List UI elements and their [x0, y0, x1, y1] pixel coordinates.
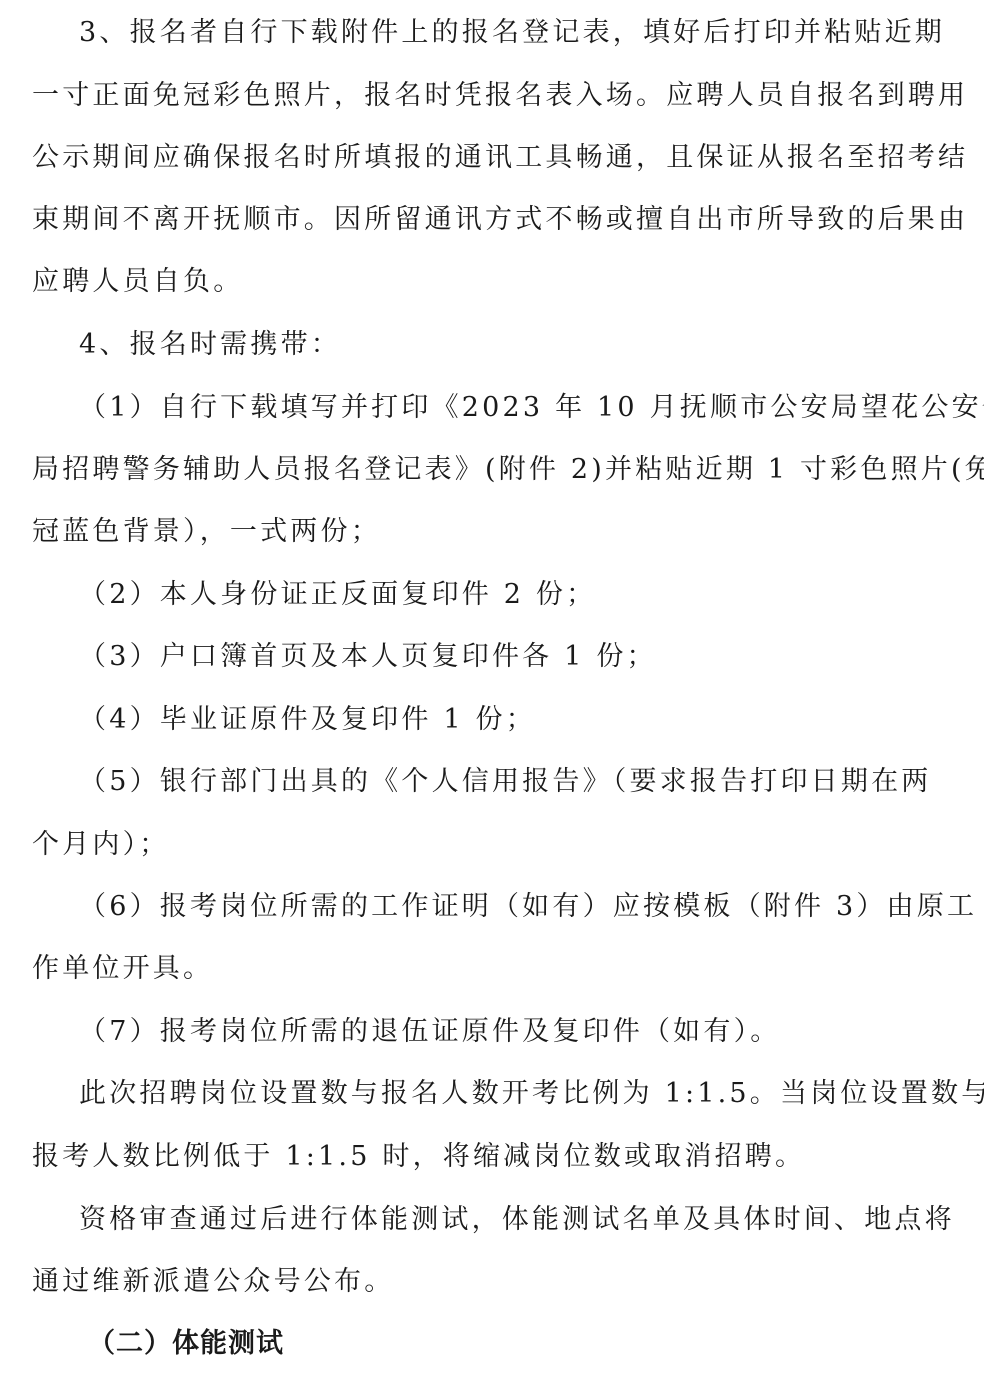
text-line: 局招聘警务辅助人员报名登记表》(附件 2)并粘贴近期 1 寸彩色照片(免: [32, 450, 956, 490]
text-line: 报考人数比例低于 1:1.5 时，将缩减岗位数或取消招聘。: [32, 1137, 956, 1177]
text-line: 一寸正面免冠彩色照片，报名时凭报名表入场。应聘人员自报名到聘用: [32, 76, 956, 116]
text-line: 束期间不离开抚顺市。因所留通讯方式不畅或擅自出市所导致的后果由: [32, 200, 956, 240]
text-line: 通过维新派遣公众号公布。: [32, 1262, 956, 1302]
text-line: 资格审查通过后进行体能测试，体能测试名单及具体时间、地点将: [79, 1200, 956, 1240]
text-line: 个月内）；: [32, 825, 956, 865]
text-line: （6）报考岗位所需的工作证明（如有）应按模板（附件 3）由原工: [79, 887, 956, 927]
text-line: 此次招聘岗位设置数与报名人数开考比例为 1:1.5。当岗位设置数与: [79, 1074, 956, 1114]
text-line: 3、报名者自行下载附件上的报名登记表，填好后打印并粘贴近期: [79, 13, 956, 53]
section-heading: （二）体能测试: [88, 1324, 956, 1364]
text-line: （7）报考岗位所需的退伍证原件及复印件（如有）。: [79, 1012, 956, 1052]
text-line: （4）毕业证原件及复印件 1 份；: [79, 700, 956, 740]
text-line: 4、报名时需携带：: [79, 325, 956, 365]
text-line: （3）户口簿首页及本人页复印件各 1 份；: [79, 637, 956, 677]
text-line: （1）自行下载填写并打印《2023 年 10 月抚顺市公安局望花公安分: [79, 388, 956, 428]
text-line: 应聘人员自负。: [32, 262, 956, 302]
text-line: 冠蓝色背景），一式两份；: [32, 512, 956, 552]
text-line: 公示期间应确保报名时所填报的通讯工具畅通，且保证从报名至招考结: [32, 138, 956, 178]
text-line: （2）本人身份证正反面复印件 2 份；: [79, 575, 956, 615]
text-line: 作单位开具。: [32, 949, 956, 989]
text-line: （5）银行部门出具的《个人信用报告》（要求报告打印日期在两: [79, 762, 956, 802]
